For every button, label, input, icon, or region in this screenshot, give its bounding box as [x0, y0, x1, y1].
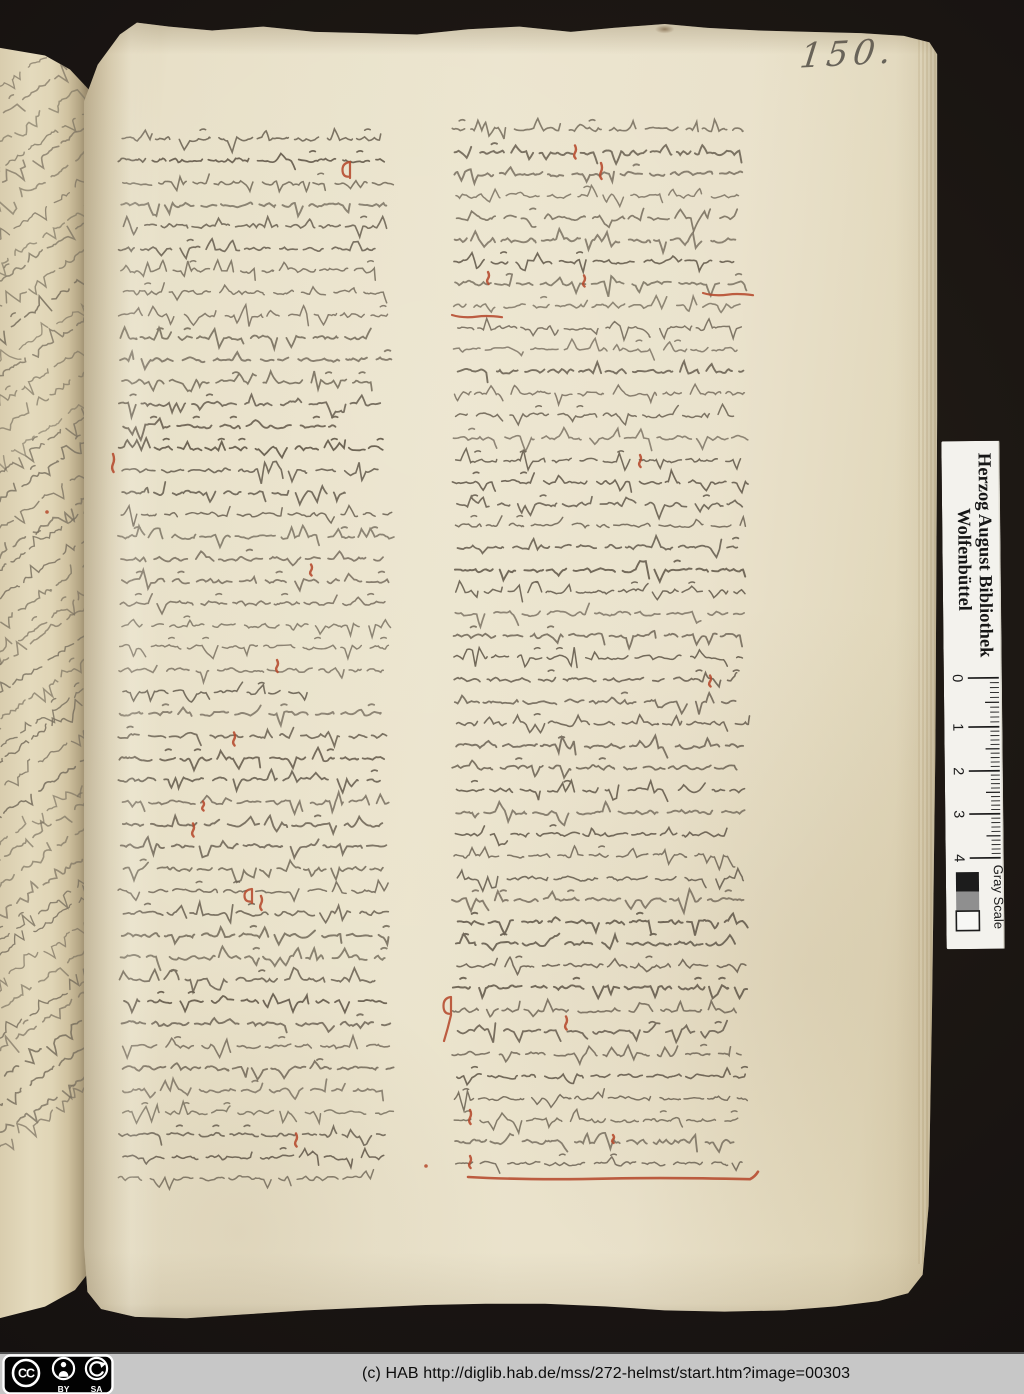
- recto-page: 150.: [84, 20, 938, 1338]
- script-line: [119, 394, 380, 417]
- fore-edge-stack: [918, 38, 938, 1264]
- grayscale-patch-white: [956, 911, 979, 931]
- script-line: [122, 926, 389, 945]
- ruler-number: 3: [950, 810, 966, 818]
- script-line: [120, 594, 385, 614]
- grayscale-label: Gray Scale: [991, 865, 1005, 929]
- library-name-line1: Herzog August Bibliothek: [973, 453, 995, 658]
- script-line: [456, 802, 744, 825]
- script-line: [457, 208, 738, 231]
- ruler-number: 0: [949, 674, 965, 682]
- verso-script-line: [0, 882, 98, 976]
- script-line: [119, 666, 383, 683]
- script-line: [123, 283, 386, 303]
- script-line: [458, 361, 744, 382]
- script-line: [118, 151, 384, 170]
- script-line: [457, 495, 742, 518]
- script-line: [455, 274, 746, 297]
- script-line: [123, 1102, 394, 1124]
- script-line: [123, 417, 337, 440]
- script-line: [454, 647, 743, 667]
- script-line: [452, 758, 737, 778]
- script-line: [124, 859, 383, 882]
- ruler-number: 4: [951, 854, 967, 862]
- script-line: [456, 934, 735, 951]
- script-line: [455, 560, 745, 581]
- script-line: [118, 881, 388, 901]
- script-line: [456, 1154, 742, 1173]
- verso-script-line: [0, 211, 98, 311]
- script-line: [121, 550, 383, 566]
- script-line: [453, 1000, 736, 1017]
- script-line: [122, 371, 372, 391]
- script-line: [457, 1067, 747, 1085]
- script-line: [455, 825, 727, 845]
- cc-by-label: BY: [58, 1384, 70, 1394]
- script-line: [455, 384, 745, 404]
- script-line: [452, 1045, 741, 1064]
- script-line: [118, 770, 380, 793]
- script-line: [118, 526, 394, 548]
- reference-strip: Herzog August Bibliothek Wolfenbüttel 01…: [941, 441, 1004, 950]
- script-line: [456, 185, 739, 206]
- script-line: [458, 536, 739, 557]
- script-line: [123, 1036, 390, 1058]
- script-line: [455, 692, 736, 714]
- script-line: [454, 252, 734, 272]
- script-line: [119, 239, 375, 259]
- script-line: [454, 846, 735, 869]
- cc-logo-text: CC: [18, 1367, 35, 1381]
- cc-by-person-head: [61, 1362, 66, 1367]
- script-line: [123, 1079, 383, 1101]
- script-line: [454, 626, 742, 648]
- verso-script-line: [0, 335, 96, 429]
- script-line: [121, 260, 375, 280]
- script-line: [120, 704, 381, 725]
- ruler-number: 2: [950, 767, 966, 775]
- grayscale-patches: [956, 872, 980, 931]
- script-line: [454, 164, 742, 183]
- ruler-number: 1: [949, 723, 965, 731]
- script-line: [118, 726, 386, 746]
- script-line: [122, 482, 345, 504]
- script-line: [457, 781, 745, 802]
- script-line: [456, 516, 746, 528]
- verso-script-line: [0, 407, 93, 502]
- script-line: [454, 338, 738, 360]
- verso-script-line: [0, 594, 97, 690]
- script-line: [455, 603, 744, 627]
- script-line: [122, 1014, 391, 1032]
- script-line: [458, 913, 748, 936]
- cc-license-badge[interactable]: CC BY SA: [2, 1354, 114, 1394]
- script-line: [118, 1170, 373, 1190]
- manuscript-scan: 150. Herzog August Bibliothek Wolfenbütt…: [0, 0, 1024, 1394]
- verso-script-line: [0, 116, 97, 215]
- script-line: [121, 837, 387, 858]
- script-line: [123, 216, 386, 237]
- script-line: [452, 470, 748, 492]
- script-line: [458, 1021, 727, 1043]
- script-line: [453, 978, 747, 999]
- script-line: [456, 404, 734, 425]
- grayscale-patch-gray: [956, 891, 979, 911]
- script-line: [121, 947, 387, 971]
- script-line: [122, 462, 378, 484]
- script-line: [452, 889, 744, 913]
- script-line: [124, 992, 386, 1013]
- script-line: [456, 736, 743, 758]
- text-column-left: [116, 122, 400, 1207]
- library-name-line2: Wolfenbüttel: [953, 508, 974, 611]
- script-line: [123, 1148, 384, 1168]
- verso-script-line: [0, 1077, 98, 1174]
- script-line: [454, 670, 739, 687]
- script-line: [455, 229, 736, 253]
- script-line: [119, 1125, 385, 1145]
- script-line: [120, 350, 391, 369]
- cc-sa-label: SA: [91, 1384, 103, 1394]
- script-line: [452, 119, 743, 139]
- script-line: [457, 956, 746, 974]
- script-line: [456, 449, 741, 470]
- script-line: [121, 506, 392, 527]
- script-line: [123, 815, 382, 833]
- script-line: [120, 968, 375, 992]
- source-url-caption[interactable]: (c) HAB http://diglib.hab.de/mss/272-hel…: [362, 1354, 850, 1394]
- script-line: [457, 869, 743, 891]
- script-line: [122, 616, 391, 637]
- script-line: [122, 129, 381, 152]
- script-line: [123, 902, 388, 922]
- script-line: [123, 792, 389, 814]
- script-line: [458, 318, 742, 340]
- script-line: [456, 581, 745, 602]
- script-line: [119, 438, 383, 458]
- script-line: [454, 1109, 738, 1133]
- script-line: [121, 203, 386, 217]
- script-line: [455, 143, 742, 164]
- text-column-right: [450, 112, 754, 1197]
- script-line: [122, 570, 389, 591]
- script-line: [455, 1133, 733, 1152]
- script-line: [119, 748, 384, 771]
- folio-number: 150.: [798, 31, 899, 76]
- grayscale-patch-black: [956, 872, 979, 892]
- script-line: [453, 428, 747, 452]
- script-line: [457, 714, 750, 733]
- script-line: [120, 327, 371, 349]
- script-line: [454, 296, 740, 313]
- script-line: [123, 173, 394, 191]
- script-line: [120, 637, 389, 658]
- script-line: [123, 682, 307, 702]
- caption-bar: (c) HAB http://diglib.hab.de/mss/272-hel…: [0, 1352, 1024, 1394]
- script-line: [454, 1089, 747, 1111]
- script-line: [123, 1059, 394, 1080]
- script-line: [119, 305, 388, 327]
- verso-script-line: [0, 814, 97, 902]
